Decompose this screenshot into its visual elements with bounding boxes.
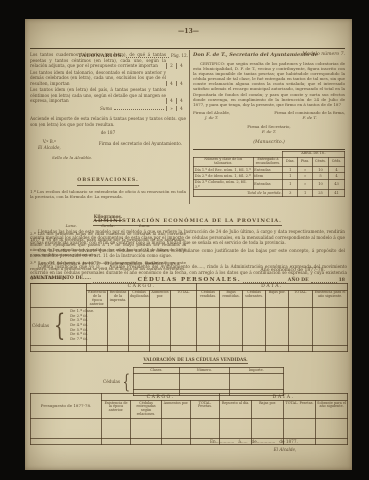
cargo-group-header: CARGO.: [87, 283, 197, 290]
cargo-group-header: CARGO.: [102, 394, 220, 401]
mini-cell: Día 3.º Cobrado, núm. 2, fól. 3.º: [194, 179, 254, 190]
relation-value: 4: [176, 98, 186, 104]
mayor-signature-name: J. de T.: [193, 115, 230, 120]
dot-leader: [114, 109, 164, 110]
relation-line: Los tantos ídem del talonario, descontad…: [30, 70, 186, 87]
mini-total-value: 41: [328, 190, 344, 196]
seal-note: Sello de la Alcaldía.: [52, 155, 186, 160]
relation-text: Los tantos ídem del talonario, descontad…: [30, 70, 166, 87]
mini-cell: Día 1.º del Rec. núm. 1, fól. 1.º: [194, 167, 254, 173]
mini-cell: »: [298, 179, 313, 190]
budget-stub-label: Presupuesto de 1877-78.: [31, 394, 102, 419]
admin-paragraph-1: Llenadas las hojas de este modelo por el…: [30, 229, 345, 246]
relation-list: Los tantos cuadernos talonarios (en letr…: [30, 52, 186, 111]
dateline-year: de 1877.: [279, 439, 297, 445]
valuation-title: VALORACIÓN DE LAS CÉDULAS VENDIDAS.: [143, 357, 247, 364]
sum-line: Suma » 4: [30, 106, 186, 112]
secretary-signature-name: F. de T.: [193, 129, 345, 134]
observations-title: OBSERVACIONES.: [77, 178, 138, 185]
column-header: Bajas por.: [266, 290, 289, 308]
dateline-month: de..............: [252, 439, 276, 445]
mini-cell: 1: [283, 179, 298, 190]
mini-col: Céds.: [328, 157, 344, 167]
column-header: Bajas remitidas.: [220, 290, 243, 308]
relation-value: 4: [176, 81, 186, 87]
relation-value: 2: [166, 63, 176, 69]
asciende-paragraph: Asciende el importe de esta relación á t…: [30, 116, 186, 127]
valuation-stub-label: Cédulas: [103, 379, 120, 385]
data-group-header: DATA.: [197, 283, 348, 290]
column-header: TOTAL.: [289, 290, 313, 308]
column-header: Bajas por.: [252, 401, 284, 419]
main-table-body-row: Cédulas { De 1.ª clase. De 2.ª íd. De 3.…: [31, 308, 348, 346]
document-page: —13— TALONARIOS. Pág. 12. Modelo número …: [25, 19, 352, 470]
budget-cargo-data-table: Presupuesto de 1877-78. CARGO. DATA. Exi…: [30, 393, 348, 445]
main-cargo-data-table: CARGO. DATA. Existencia de la época ante…: [30, 283, 348, 353]
relation-line: Los tantos ídem (en letra) del país, á t…: [30, 87, 186, 104]
mini-cell: 43: [328, 179, 344, 190]
relation-line: Los tantos cuadernos talonarios (en letr…: [30, 52, 186, 69]
column-header: Existencia de la época anterior.: [102, 401, 131, 419]
column-header: Aumentos por.: [150, 290, 171, 308]
dateline-place: En..............: [210, 439, 234, 445]
mini-col: Cénts.: [313, 157, 329, 167]
relation-text: Los tantos cuadernos talonarios (en letr…: [30, 52, 166, 69]
class-row-labels: De 1.ª clase. De 2.ª íd. De 3.ª íd. De 4…: [70, 309, 94, 342]
column-header: Existencia de la época anterior.: [87, 290, 108, 308]
brace-glyph: {: [123, 372, 131, 390]
column-header: Aumentos por.: [162, 401, 191, 419]
relation-value: 4: [166, 81, 176, 87]
mini-table-rule: [193, 149, 345, 150]
mini-col-entregado: Entregado á recaudadores.: [253, 157, 283, 167]
observation-1: 1.ª Los recibos del talonario se extende…: [30, 189, 186, 199]
brace-glyph: {: [54, 312, 65, 339]
column-header: Repuesto al día.: [220, 401, 252, 419]
relation-value: 4: [176, 63, 186, 69]
mini-total-value: 3: [283, 190, 298, 196]
certifico-paragraph: CERTIFICO: que según resulta de los padr…: [193, 61, 345, 108]
column-header: TOTAL.: [171, 290, 197, 308]
mini-row: Día 1.º del Rec. núm. 1, fól. 1.º Entrad…: [194, 167, 345, 173]
column-header: Cédulas entregadas según relaciones.: [131, 401, 162, 419]
date-blank: de 187: [30, 130, 186, 136]
collection-mini-table: ABRIL DE 18.. Número y clase de los talo…: [193, 151, 345, 197]
class-row-label: De 7.ª íd.: [70, 337, 94, 342]
commissioner-signature-name: F. de T.: [274, 115, 345, 120]
budget-body-row: [31, 418, 348, 438]
mini-cell: Día 2.º de ídem núm. 1, fól. 2.º: [194, 173, 254, 179]
data-group-header: DATA.: [220, 394, 348, 401]
column-header: TOTAL. Pesetas.: [191, 401, 220, 419]
valuation-body-row: [133, 373, 283, 389]
mini-col-label: Número y clase de los talonarios.: [194, 157, 254, 167]
stub-label: Cédulas: [32, 323, 49, 329]
mini-cell: Entradas: [253, 179, 283, 190]
scanned-page: —13— TALONARIOS. Pág. 12. Modelo número …: [0, 0, 369, 480]
column-header: TOTAL. Pesetas.: [284, 401, 316, 419]
column-header: Cédulas duplicadas.: [129, 290, 150, 308]
dateline-day: á.....: [238, 439, 247, 445]
valuation-table: Clases. Número. Importe.: [133, 367, 284, 396]
main-table-stub-head: [31, 283, 87, 308]
certificate-heading: Don F. de T., Secretario del Ayuntamient…: [193, 52, 345, 59]
dateline: En.............. á..... de..............…: [210, 439, 350, 445]
sum-value: »: [166, 106, 176, 112]
mini-col: Días.: [283, 157, 298, 167]
mini-col: Ptas.: [298, 157, 313, 167]
footer-alcalde-label: El Alcalde,: [245, 447, 325, 453]
column-divider: [189, 50, 190, 204]
mini-total-label: Total de la partida.: [194, 190, 283, 196]
column-header: Cédulas vendidas.: [197, 290, 220, 308]
relation-text: Los tantos ídem (en letra) del país, á t…: [30, 87, 166, 104]
mini-total-value: 25: [313, 190, 329, 196]
mini-total-value: 1: [298, 190, 313, 196]
admin-paragraph-2: Con tal motivo se advierte que las cédul…: [30, 248, 345, 259]
secretary-signature-label: Firma del secretario del Ayuntamiento.: [99, 141, 182, 150]
manuscrito-note: (Manuscrito.): [193, 140, 345, 146]
mini-cell: 10: [313, 179, 329, 190]
admin-section-title: ADMINISTRACIÓN ECONÓMICA DE LA PROVINCIA…: [93, 218, 282, 226]
page-number: —13—: [25, 28, 352, 35]
mini-total-row: Total de la partida. 3 1 25 41: [194, 190, 345, 196]
column-header: Sobrante para el año siguiente.: [316, 401, 348, 419]
column-header: Recibidas de la imprenta.: [108, 290, 129, 308]
column-header: Cédulas sobrantes.: [243, 290, 266, 308]
sum-value: 4: [176, 106, 186, 112]
header-rule: [30, 48, 345, 49]
alcalde-signature-label: El Alcalde,: [38, 145, 61, 151]
sum-label: Suma: [100, 106, 112, 112]
column-header: Existencia para el año siguiente.: [313, 290, 348, 308]
relation-value: 4: [166, 98, 176, 104]
mini-row: Día 3.º Cobrado, núm. 2, fól. 3.º Entrad…: [194, 179, 345, 190]
account-intro: Cuenta justificada que yo D....., Alcald…: [30, 264, 347, 281]
